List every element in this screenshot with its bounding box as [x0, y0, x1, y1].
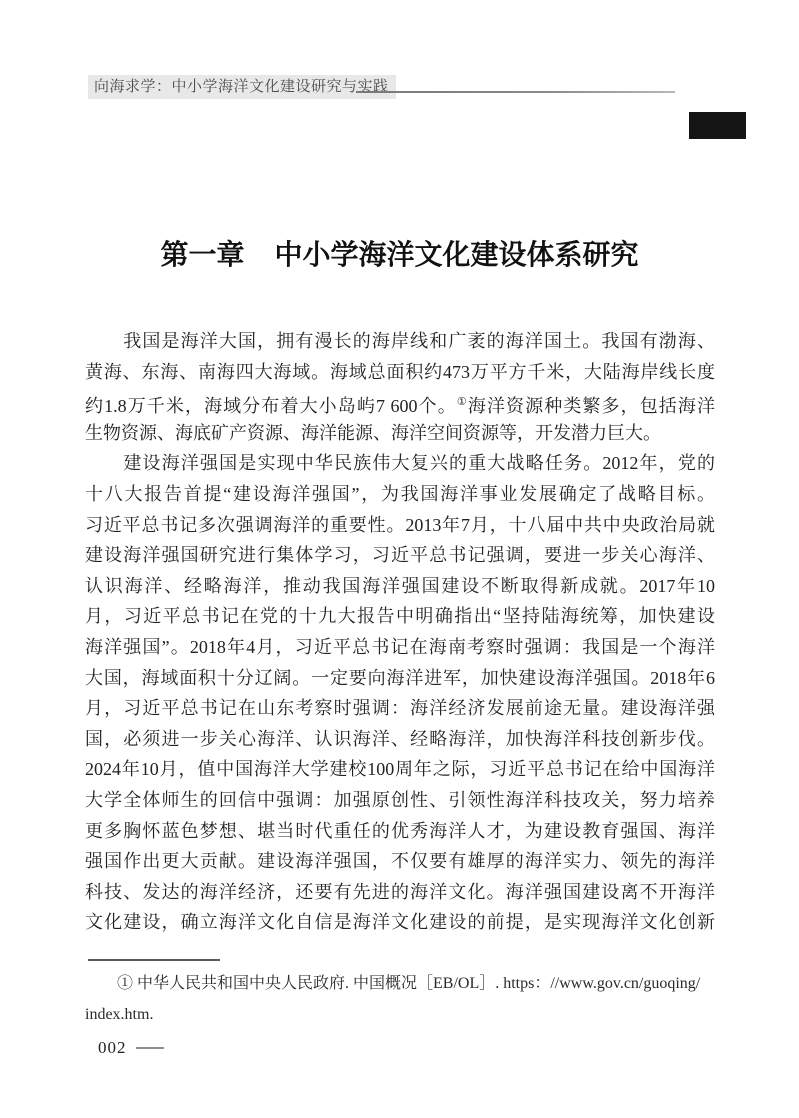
footnote-line: ① 中华人民共和国中央人民政府. 中国概况［EB/OL］. https：//ww…: [85, 968, 717, 999]
text-line: 习近平总书记多次强调海洋的重要性。2013年7月，十八届中共中央政治局就: [85, 510, 715, 541]
footnote: ① 中华人民共和国中央人民政府. 中国概况［EB/OL］. https：//ww…: [85, 968, 717, 1030]
page-number-value: 002: [98, 1038, 127, 1057]
text-line: 建设海洋强国研究进行集体学习，习近平总书记强调，要进一步关心海洋、: [85, 540, 715, 571]
page-number-dash: [136, 1047, 164, 1049]
text-line: 我国是海洋大国，拥有漫长的海岸线和广袤的海洋国土。我国有渤海、: [85, 326, 715, 357]
footnote-reference-mark: ①: [457, 396, 468, 408]
running-head: 向海求学：中小学海洋文化建设研究与实践: [88, 75, 396, 99]
chapter-number: 第一章: [160, 240, 244, 271]
page-corner-black-mark: [689, 112, 746, 139]
chapter-title-text: 中小学海洋文化建设体系研究: [275, 240, 639, 271]
paragraph-2: 建设海洋强国是实现中华民族伟大复兴的重大战略任务。2012年，党的 十八大报告首…: [85, 448, 715, 938]
text-segment: 海洋资源种类繁多，包括海洋: [468, 396, 715, 416]
running-head-rule: [356, 91, 675, 93]
text-line: 大国，海域面积十分辽阔。一定要向海洋进军，加快建设海洋强国。2018年6: [85, 663, 715, 694]
footnote-divider: [88, 959, 220, 961]
text-line: 科技、发达的海洋经济，还要有先进的海洋文化。海洋强国建设离不开海洋: [85, 877, 715, 908]
text-line: 2024年10月，值中国海洋大学建校100周年之际，习近平总书记在给中国海洋: [85, 754, 715, 785]
text-line: 海洋强国”。2018年4月，习近平总书记在海南考察时强调：我国是一个海洋: [85, 632, 715, 663]
text-line: 大学全体师生的回信中强调：加强原创性、引领性海洋科技攻关，努力培养: [85, 785, 715, 816]
text-line: 更多胸怀蓝色梦想、堪当时代重任的优秀海洋人才，为建设教育强国、海洋: [85, 816, 715, 847]
book-page: 向海求学：中小学海洋文化建设研究与实践 第一章中小学海洋文化建设体系研究 我国是…: [0, 0, 799, 1118]
text-line: 国，必须进一步关心海洋、认识海洋、经略海洋，加快海洋科技创新步伐。: [85, 724, 715, 755]
text-line: 十八大报告首提“建设海洋强国”，为我国海洋事业发展确定了战略目标。: [85, 479, 715, 510]
text-line: 黄海、东海、南海四大海域。海域总面积约473万平方千米，大陆海岸线长度: [85, 357, 715, 388]
text-line: 文化建设，确立海洋文化自信是海洋文化建设的前提，是实现海洋文化创新: [85, 907, 715, 938]
body-text: 我国是海洋大国，拥有漫长的海岸线和广袤的海洋国土。我国有渤海、 黄海、东海、南海…: [85, 326, 715, 938]
page-number: 002: [98, 1038, 164, 1058]
chapter-title: 第一章中小学海洋文化建设体系研究: [0, 233, 799, 273]
text-line: 建设海洋强国是实现中华民族伟大复兴的重大战略任务。2012年，党的: [85, 448, 715, 479]
text-line: 强国作出更大贡献。建设海洋强国，不仅要有雄厚的海洋实力、领先的海洋: [85, 846, 715, 877]
text-line: 认识海洋、经略海洋，推动我国海洋强国建设不断取得新成就。2017年10: [85, 571, 715, 602]
text-line: 月，习近平总书记在党的十九大报告中明确指出“坚持陆海统筹，加快建设: [85, 601, 715, 632]
text-line: 生物资源、海底矿产资源、海洋能源、海洋空间资源等，开发潜力巨大。: [85, 418, 715, 449]
footnote-line: index.htm.: [85, 999, 717, 1030]
text-segment: 约1.8万千米，海域分布着大小岛屿7 600个。: [85, 396, 457, 416]
text-line: 约1.8万千米，海域分布着大小岛屿7 600个。①海洋资源种类繁多，包括海洋: [85, 387, 715, 418]
text-line: 月，习近平总书记在山东考察时强调：海洋经济发展前途无量。建设海洋强: [85, 693, 715, 724]
paragraph-1: 我国是海洋大国，拥有漫长的海岸线和广袤的海洋国土。我国有渤海、 黄海、东海、南海…: [85, 326, 715, 448]
